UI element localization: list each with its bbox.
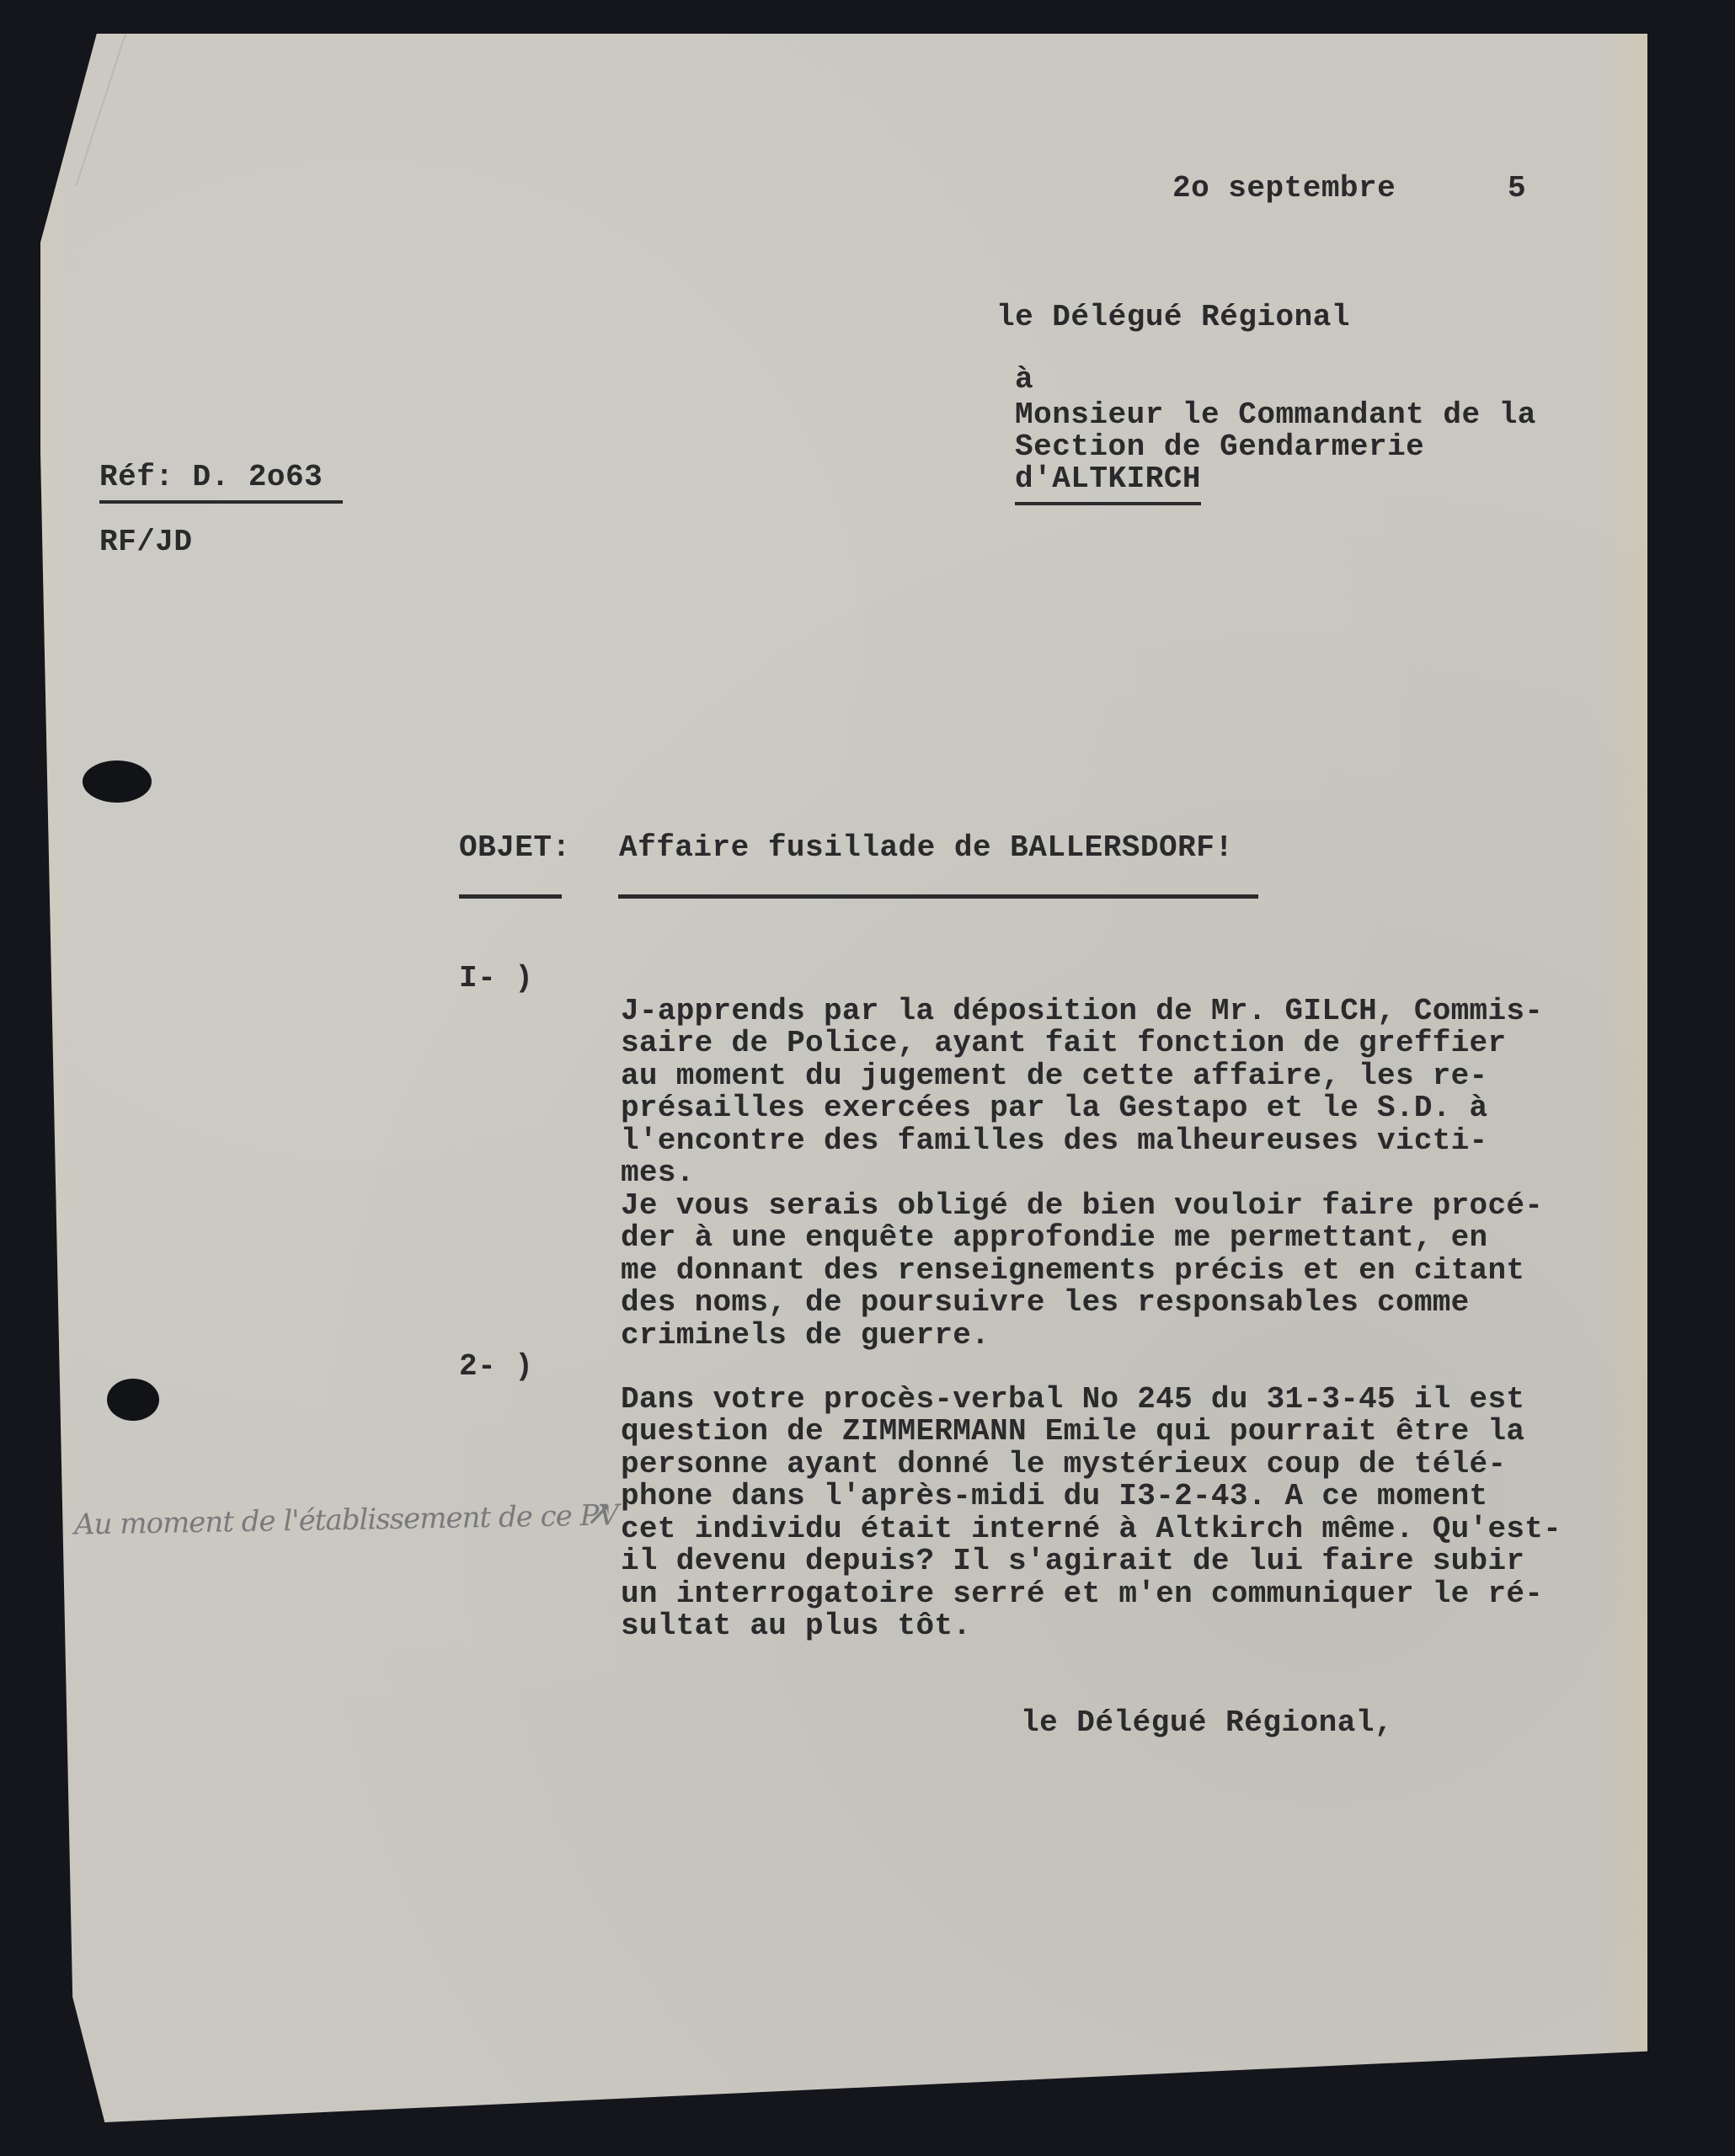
punch-hole-bottom: [107, 1379, 159, 1421]
section-1-line: criminels de guerre.: [621, 1320, 1543, 1353]
section-1-number: I- ): [459, 963, 533, 995]
reference-number: Réf: D. 2o63: [99, 462, 343, 504]
section-1-line: saire de Police, ayant fait fonction de …: [621, 1027, 1543, 1060]
subject-label-underline: [459, 894, 562, 899]
recipient-line-2: Section de Gendarmerie: [1015, 431, 1424, 463]
section-2-number: 2- ): [459, 1351, 533, 1383]
section-2-body: Dans votre procès-verbal No 245 du 31-3-…: [621, 1351, 1561, 1675]
section-1-line: der à une enquête approfondie me permett…: [621, 1222, 1543, 1255]
section-1-line: l'encontre des familles des malheureuses…: [621, 1125, 1543, 1158]
recipient-line-3: d'ALTKIRCH: [1015, 463, 1201, 505]
sender-header: le Délégué Régional: [996, 302, 1350, 334]
section-2-line: personne ayant donné le mystérieux coup …: [621, 1449, 1561, 1481]
letter-year: 5: [1508, 173, 1526, 205]
section-2-line: cet individu était interné à Altkirch mê…: [621, 1513, 1561, 1546]
initials: RF/JD: [99, 526, 193, 558]
section-2-line: sultat au plus tôt.: [621, 1610, 1561, 1643]
section-2-line: il devenu depuis? Il s'agirait de lui fa…: [621, 1545, 1561, 1578]
subject-text-underline: [618, 894, 1258, 899]
section-1-line: mes.: [621, 1157, 1543, 1190]
section-2-line: Dans votre procès-verbal No 245 du 31-3-…: [621, 1384, 1561, 1417]
section-2-line: phone dans l'après-midi du I3-2-43. A ce…: [621, 1481, 1561, 1513]
punch-hole-top: [83, 760, 152, 803]
section-2-line: un interrogatoire serré et m'en communiq…: [621, 1578, 1561, 1611]
section-1-line: me donnant des renseignements précis et …: [621, 1255, 1543, 1288]
section-1-line: des noms, de poursuivre les responsables…: [621, 1287, 1543, 1320]
section-1-line: Je vous serais obligé de bien vouloir fa…: [621, 1190, 1543, 1223]
section-1-line: au moment du jugement de cette affaire, …: [621, 1060, 1543, 1093]
section-2-line: question de ZIMMERMANN Emile qui pourrai…: [621, 1416, 1561, 1449]
recipient-marker: à: [1015, 364, 1033, 396]
subject-label: OBJET:: [459, 832, 571, 864]
section-1-body: J-apprends par la déposition de Mr. GILC…: [621, 963, 1543, 1385]
subject-text: Affaire fusillade de BALLERSDORF!: [619, 832, 1233, 864]
section-1-line: J-apprends par la déposition de Mr. GILC…: [621, 995, 1543, 1028]
recipient-line-1: Monsieur le Commandant de la: [1015, 399, 1536, 431]
section-1-line: présailles exercées par la Gestapo et le…: [621, 1092, 1543, 1125]
signature-line: le Délégué Régional,: [1021, 1707, 1393, 1739]
letter-date: 2o septembre: [1172, 173, 1396, 205]
annotation-arrow-mark: ↗: [585, 1495, 613, 1534]
